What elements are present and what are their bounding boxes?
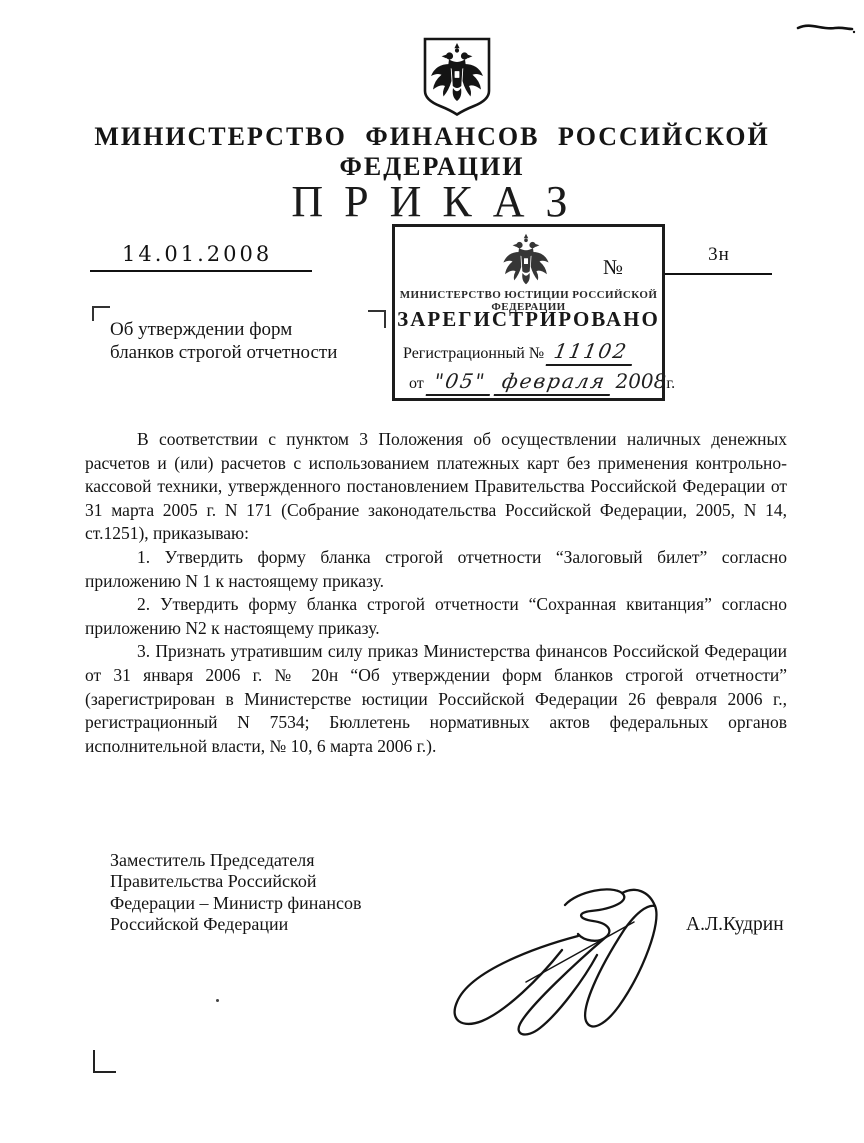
document-type-title: П Р И К А З (0, 176, 864, 227)
signatory-title-line: Правительства Российской (110, 871, 410, 892)
stamp-date-line: от "05" февраля 2008г. (409, 369, 675, 396)
registration-number-handwritten: 11102 (546, 339, 636, 366)
signatory-title-line: Федерации – Министр финансов (110, 893, 410, 914)
pen-stroke-icon (795, 20, 857, 38)
signatory-title-line: Заместитель Председателя (110, 850, 410, 871)
stamp-number-sign: № (603, 255, 623, 280)
document-page: МИНИСТЕРСТВО ФИНАНСОВ РОССИЙСКОЙ ФЕДЕРАЦ… (0, 0, 864, 1143)
registration-label: Регистрационный № (403, 345, 544, 362)
justice-emblem-icon (497, 232, 555, 286)
body-paragraph: 3. Признать утратившим силу приказ Минис… (85, 640, 787, 758)
date-underline (90, 270, 312, 272)
stamp-date-prefix: от (409, 375, 424, 392)
body-paragraph: 1. Утвердить форму бланка строгой отчетн… (85, 546, 787, 593)
stamp-date-year: 2008 (615, 369, 666, 393)
ministry-title: МИНИСТЕРСТВО ФИНАНСОВ РОССИЙСКОЙ ФЕДЕРАЦ… (0, 122, 864, 182)
signatory-title-line: Российской Федерации (110, 914, 410, 935)
subject-corner-bracket-left (92, 306, 110, 321)
stamp-date-day-handwritten: "05" (425, 369, 494, 396)
stamp-registered-label: ЗАРЕГИСТРИРОВАНО (395, 307, 662, 332)
signatory-name: А.Л.Кудрин (686, 914, 784, 936)
stamp-date-month-handwritten: февраля (493, 369, 614, 396)
subject-line: бланков строгой отчетности (110, 341, 400, 364)
document-date: 14.01.2008 (122, 242, 272, 266)
signature-icon (428, 860, 698, 1040)
body-paragraph: 2. Утвердить форму бланка строгой отчетн… (85, 593, 787, 640)
document-body: В соответствии с пунктом 3 Положения об … (85, 428, 787, 758)
stamp-registration-line: Регистрационный № 11102 (403, 339, 634, 366)
scan-speck (216, 999, 219, 1002)
stamp-date-suffix: г. (666, 375, 675, 392)
bottom-corner-bracket (93, 1050, 116, 1073)
registration-stamp: № МИНИСТЕРСТВО ЮСТИЦИИ РОССИЙСКОЙ ФЕДЕРА… (392, 224, 665, 401)
signatory-title: Заместитель Председателя Правительства Р… (110, 850, 410, 936)
subject-line: Об утверждении форм (110, 318, 400, 341)
document-number: 3н (688, 244, 750, 266)
body-paragraph: В соответствии с пунктом 3 Положения об … (85, 428, 787, 546)
coat-of-arms-icon (422, 36, 492, 116)
document-subject: Об утверждении форм бланков строгой отче… (110, 318, 400, 364)
